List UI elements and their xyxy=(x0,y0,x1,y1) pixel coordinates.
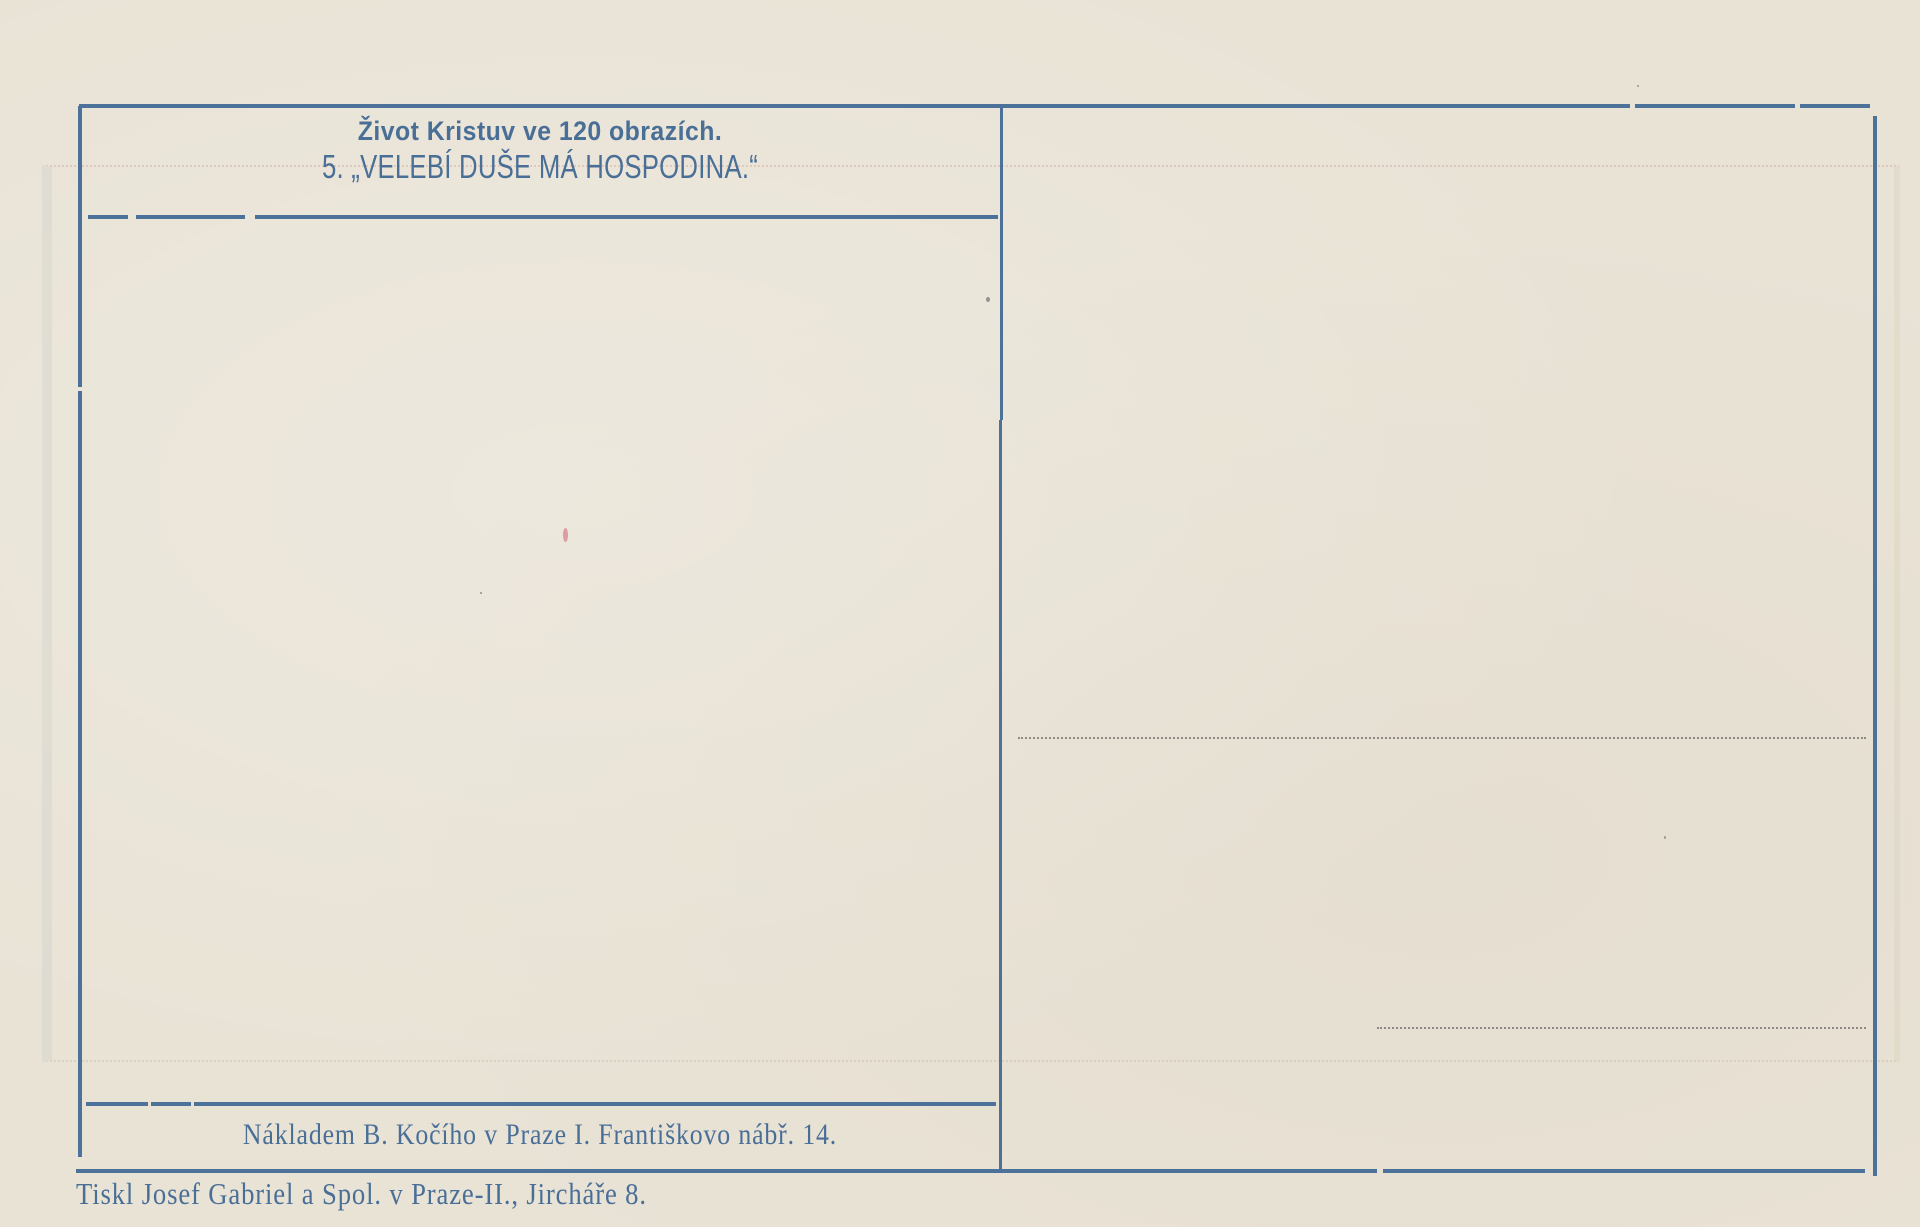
frame-bottom-line xyxy=(76,1169,1377,1173)
frame-right-line xyxy=(1873,116,1877,1176)
message-area xyxy=(82,219,999,1102)
series-title: Život Kristuv ve 120 obrazích. xyxy=(117,118,963,145)
publisher-imprint: Nákladem B. Kočího v Praze I. Františkov… xyxy=(144,1120,935,1150)
frame-bottom-line-seg2 xyxy=(1383,1169,1865,1173)
address-area xyxy=(1003,108,1873,1169)
center-divider-line-seg2 xyxy=(999,420,1002,1172)
printer-imprint: Tiskl Josef Gabriel a Spol. v Praze-II.,… xyxy=(76,1178,647,1209)
footer-separator-dash1 xyxy=(86,1102,148,1106)
paper-speck-dark-2 xyxy=(480,592,482,594)
footer-separator-dash2 xyxy=(151,1102,191,1106)
card-title: 5. „VELEBÍ DUŠE MÁ HOSPODINA.“ xyxy=(181,150,899,183)
paper-speck-pink xyxy=(563,528,568,542)
paper-speck-dark-4 xyxy=(1637,85,1639,87)
footer-separator-line xyxy=(194,1102,996,1106)
paper-speck-dark-3 xyxy=(1664,836,1666,839)
paper-speck-dark xyxy=(986,297,990,302)
